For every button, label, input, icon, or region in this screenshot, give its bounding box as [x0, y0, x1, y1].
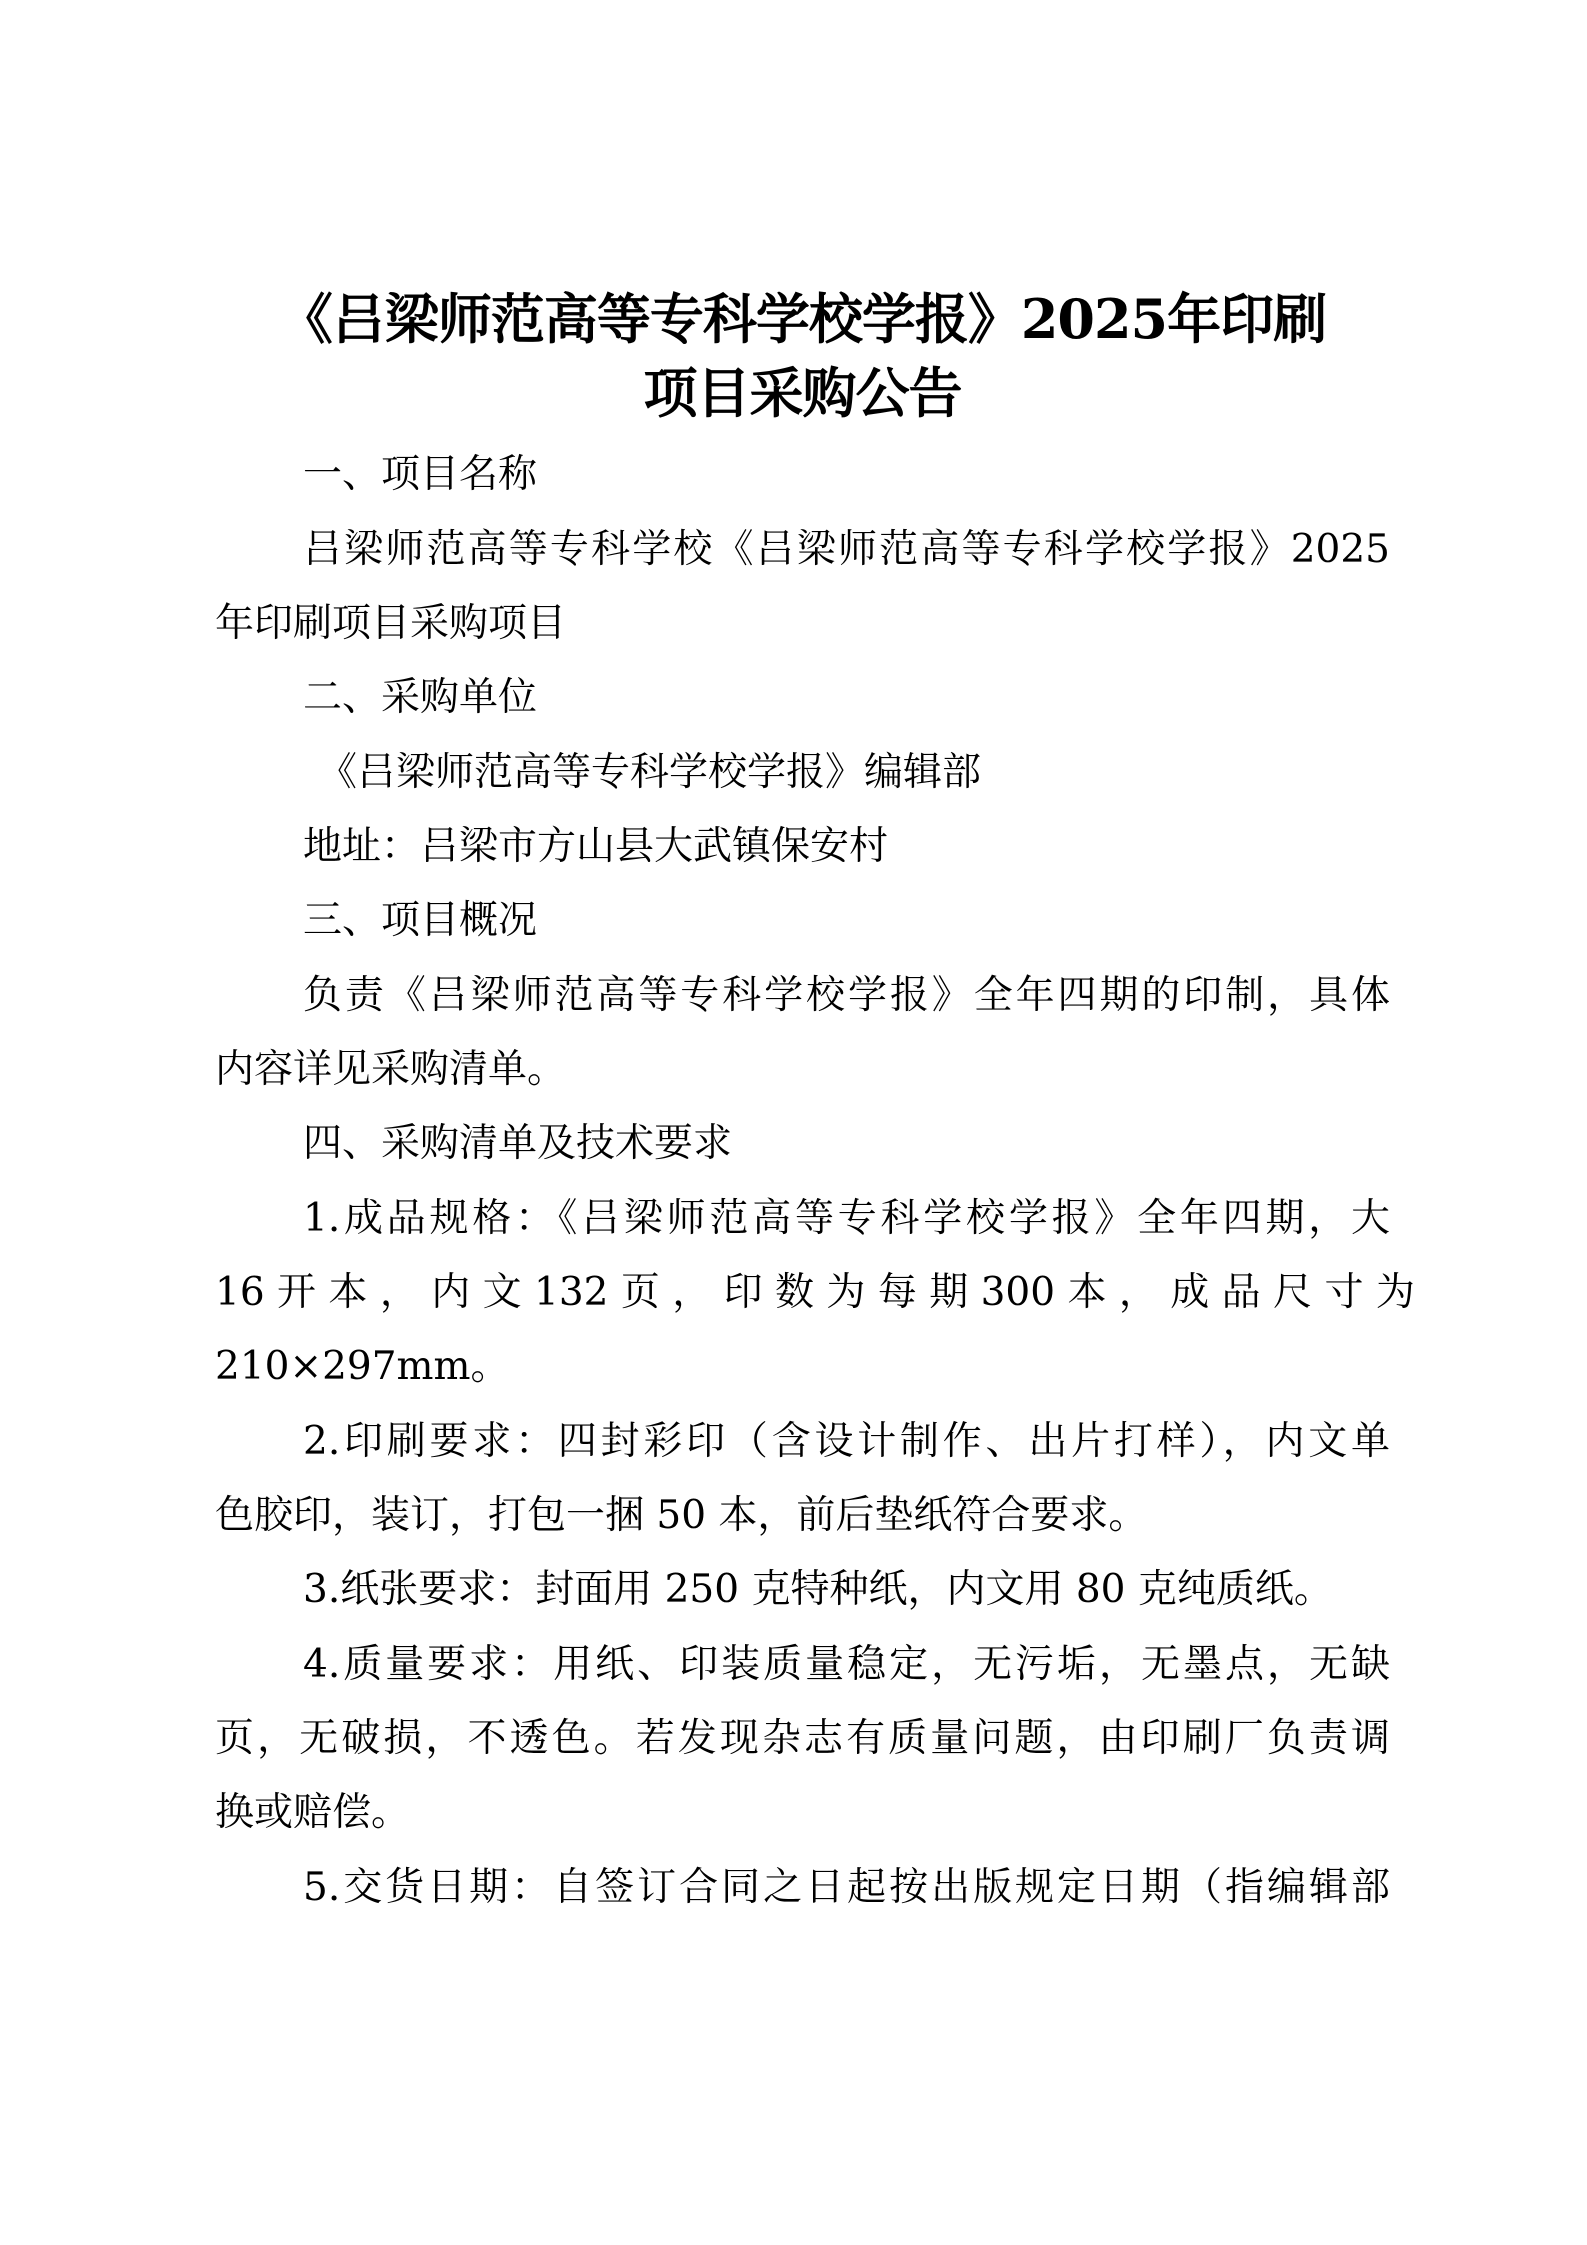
item-1-line-1: 1.成品规格：《吕梁师范高等专科学校学报》全年四期，大	[303, 1189, 1390, 1249]
item-4-line-3: 换或赔偿。	[215, 1783, 1390, 1843]
section-heading-project-name: 一、项目名称	[303, 445, 1390, 505]
document-title-line-1: 《吕梁师范高等专科学校学报》2025年印刷	[215, 284, 1390, 354]
project-name-line-2: 年印刷项目采购项目	[215, 594, 1390, 654]
document-page: 《吕梁师范高等专科学校学报》2025年印刷 项目采购公告 一、项目名称 吕梁师范…	[0, 0, 1587, 2245]
item-4-line-1: 4.质量要求：用纸、印装质量稳定，无污垢，无墨点，无缺	[303, 1635, 1390, 1695]
section-heading-requirements: 四、采购清单及技术要求	[303, 1114, 1390, 1174]
item-2-line-2: 色胶印，装订，打包一捆 50 本，前后垫纸符合要求。	[215, 1486, 1390, 1546]
section-heading-overview: 三、项目概况	[303, 891, 1390, 951]
item-2-line-1: 2.印刷要求：四封彩印（含设计制作、出片打样），内文单	[303, 1412, 1390, 1472]
item-5-line-1: 5.交货日期：自签订合同之日起按出版规定日期（指编辑部	[303, 1858, 1390, 1918]
project-name-line-1: 吕梁师范高等专科学校《吕梁师范高等专科学校学报》2025	[303, 520, 1390, 580]
item-1-line-2: 16 开 本 ， 内 文 132 页 ， 印 数 为 每 期 300 本 ， 成…	[215, 1263, 1390, 1323]
overview-line-1: 负责《吕梁师范高等专科学校学报》全年四期的印制，具体	[303, 966, 1390, 1026]
document-title-line-2: 项目采购公告	[215, 358, 1390, 428]
overview-line-2: 内容详见采购清单。	[215, 1040, 1390, 1100]
purchaser-address: 地址：吕梁市方山县大武镇保安村	[303, 817, 1390, 877]
item-3-line-1: 3.纸张要求：封面用 250 克特种纸，内文用 80 克纯质纸。	[303, 1560, 1390, 1620]
item-1-line-3: 210×297mm。	[215, 1337, 1390, 1397]
section-heading-purchaser: 二、采购单位	[303, 668, 1390, 728]
purchaser-name: 《吕梁师范高等专科学校学报》编辑部	[318, 743, 1493, 803]
item-4-line-2: 页，无破损，不透色。若发现杂志有质量问题，由印刷厂负责调	[215, 1709, 1390, 1769]
